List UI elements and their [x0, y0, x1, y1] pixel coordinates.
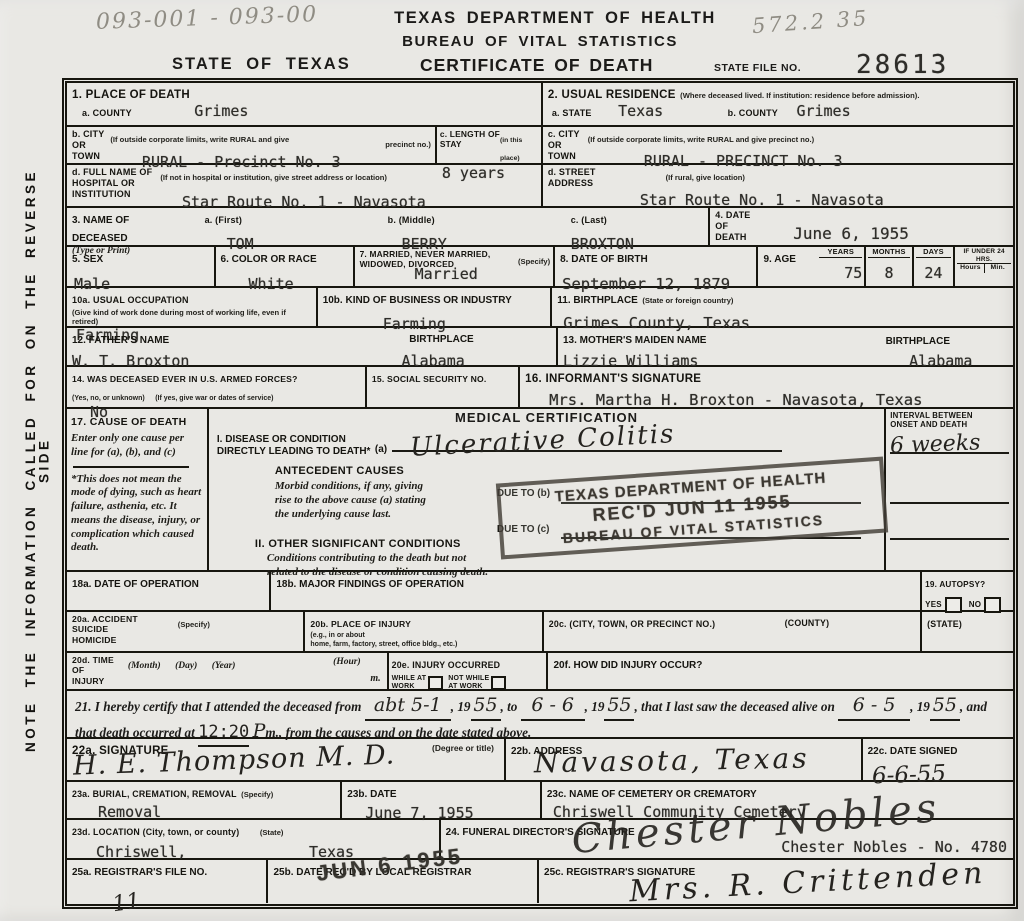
mother-label: 13. MOTHER'S MAIDEN NAME [563, 335, 707, 346]
mother-birthplace-label: BIRTHPLACE [886, 336, 950, 348]
field-place-of-injury: 20b. PLACE OF INJURY (e.g., in or about … [305, 612, 543, 651]
street-address-label: d. STREET ADDRESS [548, 167, 596, 189]
field-age: 9. AGE [758, 247, 817, 286]
field-physician-signature: 22a. SIGNATURE (Degree or title) H. E. T… [67, 739, 506, 780]
m-label: m. [370, 673, 380, 686]
burial-date-label: 23b. DATE [347, 789, 396, 800]
father-birthplace-label: BIRTHPLACE [409, 334, 473, 346]
residence-state-value: Texas [618, 102, 663, 120]
days-value: 24 [916, 266, 952, 282]
city-label: b. CITY OR TOWN [72, 129, 104, 161]
field-length-of-stay: c. LENGTH OF STAY (in this place) 8 year… [437, 127, 543, 163]
physician-address-value: Navasota, Texas [534, 745, 810, 778]
interval-blank-line [890, 504, 1009, 540]
field-informant: 16. INFORMANT'S SIGNATURE Mrs. Martha H.… [520, 367, 1013, 407]
certify-text-4: , 19 [585, 699, 605, 714]
informant-value: Mrs. Martha H. Broxton - Navasota, Texas [549, 392, 1008, 408]
certify-text-2: , 19 [451, 699, 471, 714]
pencil-code-left: 093-001 - 093-00 [96, 4, 319, 34]
date-of-death-value: June 6, 1955 [793, 226, 1008, 243]
field-autopsy: 19. AUTOPSY? YES NO [922, 572, 1013, 610]
name-label: 3. NAME OF DECEASED [72, 215, 129, 244]
field-injury-city: 20c. (CITY, TOWN, OR PRECINCT NO.) (COUN… [544, 612, 922, 651]
accident-label: 20a. ACCIDENT SUICIDE HOMICIDE [72, 614, 138, 645]
time-of-injury-label: 20d. TIME OF INJURY [72, 655, 114, 686]
interval-value: 6 weeks [890, 432, 981, 457]
field-sex: 5. SEX Male [67, 247, 216, 286]
not-while-at-work-checkbox [491, 676, 506, 690]
year-label: (Year) [212, 661, 236, 671]
row-10: 18a. DATE OF OPERATION 18b. MAJOR FINDIN… [67, 572, 1013, 612]
field-date-of-operation: 18a. DATE OF OPERATION [67, 572, 271, 610]
field-burial-type: 23a. BURIAL, CREMATION, REMOVAL (Specify… [67, 782, 342, 818]
occupation-label: 10a. USUAL OCCUPATION [72, 295, 189, 305]
accident-hint: (Specify) [178, 620, 210, 629]
not-while-at-work-label: NOT WHILE AT WORK [448, 675, 489, 692]
street-address-value: Star Route No. 1 - Navasota [640, 193, 1008, 209]
date-of-operation-label: 18a. DATE OF OPERATION [72, 579, 199, 590]
county-label: a. COUNTY [82, 108, 132, 118]
autopsy-no-label: NO [969, 600, 981, 610]
field-birthplace: 11. BIRTHPLACE (State or foreign country… [552, 288, 1013, 326]
days-label: DAYS [916, 248, 952, 258]
certificate-title: CERTIFICATE OF DEATH [420, 57, 653, 75]
certify-text-1: 21. I hereby certify that I attended the… [75, 699, 361, 714]
first-name-label: a. (First) [205, 215, 243, 225]
burial-hint: (Specify) [241, 790, 273, 799]
months-value: 8 [868, 266, 909, 282]
field-certification-statement: 21. I hereby certify that I attended the… [67, 691, 1013, 737]
street-address-hint: (If rural, give location) [666, 173, 745, 182]
row-16: 23d. LOCATION (City, town, or county) (S… [67, 820, 1013, 860]
disease-condition-label: I. DISEASE OR CONDITION DIRECTLY LEADING… [217, 434, 371, 457]
hour-label: (Hour) [333, 657, 360, 669]
city-hint2: precinct no.) [385, 140, 431, 149]
autopsy-label: 19. AUTOPSY? [925, 580, 985, 589]
certify-hw-year3: 55 [933, 694, 957, 716]
interval-label: INTERVAL BETWEEN ONSET AND DEATH [890, 411, 1009, 430]
morbid-conditions-note: Morbid conditions, if any, giving rise t… [275, 480, 426, 521]
age-label: 9. AGE [763, 254, 795, 265]
field-registrar-file-no: 25a. REGISTRAR'S FILE NO. 11 [67, 860, 268, 903]
divider [73, 466, 189, 468]
age-months-col: MONTHS 8 [866, 247, 913, 286]
injury-county-label: (COUNTY) [785, 618, 830, 629]
certify-hw-alive: 6 - 5 [853, 694, 896, 716]
certify-text-3: , to [501, 699, 518, 714]
middle-name-label: b. (Middle) [388, 215, 435, 225]
armed-forces-hint2: (If yes, give war or dates of service) [155, 395, 273, 402]
burial-location-state-label: (State) [260, 828, 284, 837]
race-label: 6. COLOR OR RACE [221, 254, 317, 265]
injury-state-label: (STATE) [927, 619, 962, 629]
field-date-received: 25b. DATE REC'D BY LOCAL REGISTRAR JUN 6… [268, 860, 539, 903]
certify-text-5: , that I last saw the deceased alive on [634, 699, 834, 714]
hours-label: Hours [957, 264, 984, 272]
place-of-injury-hint: (e.g., in or about home, farm, factory, … [310, 632, 536, 650]
autopsy-no-checkbox [984, 597, 1001, 613]
last-name-label: c. (Last) [571, 215, 607, 225]
date-of-death-label: 4. DATE OF DEATH [715, 210, 750, 242]
burial-city-value: Chriswell, [96, 845, 186, 861]
county-value: Grimes [194, 102, 248, 120]
row-11: 20a. ACCIDENT SUICIDE HOMICIDE (Specify)… [67, 612, 1013, 653]
age-days-col: DAYS 24 [914, 247, 956, 286]
reverse-side-note: NOTE THE INFORMATION CALLED FOR ON THE R… [24, 150, 51, 770]
length-of-stay-hint: (in this place) [500, 137, 522, 162]
usual-residence-title: 2. USUAL RESIDENCE [548, 89, 676, 101]
field-residence-city: c. CITY OR TOWN (If outside corporate li… [543, 127, 1013, 163]
usual-residence-hint: (Where deceased lived. If institution: r… [680, 91, 919, 100]
age-under24-col: IF UNDER 24 HRS. Hours Min. [955, 247, 1013, 286]
field-date-of-death: 4. DATE OF DEATH June 6, 1955 [710, 208, 1013, 245]
how-injury-label: 20f. HOW DID INJURY OCCUR? [553, 660, 702, 671]
burial-location-label: 23d. LOCATION (City, town, or county) [72, 827, 239, 837]
cause-a-value: Ulcerative Colitis [409, 421, 675, 461]
certify-text-6: , 19 [910, 699, 930, 714]
field-industry: 10b. KIND OF BUSINESS OR INDUSTRY Farmin… [318, 288, 553, 326]
certify-hw-from: abt 5-1 [374, 694, 442, 716]
city-hint: (If outside corporate limits, write RURA… [110, 135, 289, 144]
row-13: 21. I hereby certify that I attended the… [67, 691, 1013, 739]
field-name-of-deceased: 3. NAME OF DECEASED (Type or Print) a. (… [67, 208, 710, 245]
field-funeral-director: 24. FUNERAL DIRECTOR'S SIGNATURE Chester… [441, 820, 1013, 858]
marital-hint: (Specify) [518, 257, 550, 266]
place-of-death-title: 1. PLACE OF DEATH [72, 89, 190, 101]
field-city-of-death: b. CITY OR TOWN (If outside corporate li… [67, 127, 437, 163]
registrar-file-value: 11 [111, 874, 262, 917]
state-file-no-label: STATE FILE NO. [714, 63, 801, 74]
dept-title: TEXAS DEPARTMENT OF HEALTH [390, 10, 720, 27]
field-injury-state: (STATE) [922, 612, 1013, 651]
years-value: 75 [819, 266, 862, 282]
hospital-hint: (If not in hospital or institution, give… [160, 173, 387, 182]
residence-county-label: b. COUNTY [728, 108, 778, 118]
row-12: 20d. TIME OF INJURY (Month) (Day) (Year)… [67, 653, 1013, 691]
hospital-label: d. FULL NAME OF HOSPITAL OR INSTITUTION [72, 167, 152, 199]
pencil-code-right: 572.2 35 [751, 8, 870, 37]
registrar-file-label: 25a. REGISTRAR'S FILE NO. [72, 867, 207, 878]
field-how-injury-occurred: 20f. HOW DID INJURY OCCUR? [548, 653, 1012, 689]
row-4: 3. NAME OF DECEASED (Type or Print) a. (… [67, 208, 1013, 247]
cause-note-1: Enter only one cause per line for (a), (… [71, 432, 203, 460]
birthplace-hint: (State or foreign country) [642, 296, 733, 305]
date-signed-label: 22c. DATE SIGNED [868, 746, 958, 757]
residence-state-label: a. STATE [552, 108, 592, 118]
field-usual-residence: 2. USUAL RESIDENCE (Where deceased lived… [543, 83, 1013, 125]
residence-county-value: Grimes [796, 102, 850, 120]
autopsy-yes-checkbox [945, 597, 962, 613]
field-hospital-name: d. FULL NAME OF HOSPITAL OR INSTITUTION … [67, 165, 543, 206]
field-time-of-injury: 20d. TIME OF INJURY (Month) (Day) (Year)… [67, 653, 389, 689]
marital-value: Married [415, 267, 478, 283]
field-physician-address: 22b. ADDRESS Navasota, Texas [506, 739, 863, 780]
min-label: Min. [985, 264, 1011, 272]
medical-certification-title: MEDICAL CERTIFICATION [217, 411, 876, 424]
field-place-of-death: 1. PLACE OF DEATH a. COUNTY Grimes [67, 83, 543, 125]
cause-of-death-sidebar: 17. CAUSE OF DEATH Enter only one cause … [67, 409, 209, 570]
age-years-col: YEARS 75 [817, 247, 866, 286]
field-father-name: 12. FATHER'S NAME BIRTHPLACE W. T. Broxt… [67, 328, 558, 365]
years-label: YEARS [819, 248, 862, 258]
state-of-texas: STATE OF TEXAS [172, 56, 351, 73]
cause-note-2: *This does not mean the mode of dying, s… [71, 473, 203, 556]
interval-blank-line [890, 454, 1009, 504]
injury-city-label: 20c. (CITY, TOWN, OR PRECINCT NO.) [549, 619, 715, 629]
burial-label: 23a. BURIAL, CREMATION, REMOVAL [72, 789, 237, 799]
field-occupation: 10a. USUAL OCCUPATION (Give kind of work… [67, 288, 318, 326]
row-17: 25a. REGISTRAR'S FILE NO. 11 25b. DATE R… [67, 860, 1013, 903]
cemetery-label: 23c. NAME OF CEMETERY OR CREMATORY [547, 789, 757, 800]
field-street-address: d. STREET ADDRESS (If rural, give locati… [543, 165, 1013, 206]
while-at-work-checkbox [428, 676, 443, 690]
registrar-signature-value: Mrs. R. Crittenden [628, 859, 987, 908]
burial-value: Removal [98, 805, 335, 821]
row-7: 12. FATHER'S NAME BIRTHPLACE W. T. Broxt… [67, 328, 1013, 367]
certify-hw-to: 6 - 6 [531, 694, 574, 716]
field-ssn: 15. SOCIAL SECURITY NO. [367, 367, 520, 407]
certify-text-8: m., from the causes and on the date stat… [265, 725, 531, 740]
degree-or-title-hint: (Degree or title) [432, 743, 494, 754]
month-label: (Month) [128, 661, 161, 671]
interval-column: INTERVAL BETWEEN ONSET AND DEATH 6 weeks [886, 409, 1013, 570]
row-3: d. FULL NAME OF HOSPITAL OR INSTITUTION … [67, 165, 1013, 208]
certify-hw-year2: 55 [607, 694, 631, 716]
state-file-no-value: 28613 [856, 52, 949, 79]
certify-hw-year1: 55 [473, 694, 497, 716]
field-date-signed: 22c. DATE SIGNED 6-6-55 [863, 739, 1013, 780]
bureau-title: BUREAU OF VITAL STATISTICS [390, 34, 690, 49]
field-color-or-race: 6. COLOR OR RACE White [216, 247, 355, 286]
occupation-hint: (Give kind of work done during most of w… [72, 308, 301, 327]
armed-forces-hint1: (Yes, no, or unknown) [72, 395, 145, 402]
field-major-findings: 18b. MAJOR FINDINGS OF OPERATION [271, 572, 922, 610]
months-label: MONTHS [868, 248, 909, 258]
autopsy-yes-label: YES [925, 600, 942, 610]
residence-city-hint: (If outside corporate limits, write RURA… [588, 135, 814, 144]
field-accident-suicide-homicide: 20a. ACCIDENT SUICIDE HOMICIDE (Specify) [67, 612, 305, 651]
row-8: 14. WAS DECEASED EVER IN U.S. ARMED FORC… [67, 367, 1013, 409]
field-registrar-signature: 25c. REGISTRAR'S SIGNATURE Mrs. R. Critt… [539, 860, 1013, 903]
residence-city-label: c. CITY OR TOWN [548, 129, 580, 161]
funeral-director-typed: Chester Nobles - No. 4780 [781, 840, 1007, 856]
death-certificate-scan: 093-001 - 093-00 572.2 35 TEXAS DEPARTME… [0, 0, 1024, 921]
length-of-stay-label: c. LENGTH OF STAY [440, 129, 500, 149]
field-mother-name: 13. MOTHER'S MAIDEN NAME BIRTHPLACE Lizz… [558, 328, 1013, 365]
row-6: 10a. USUAL OCCUPATION (Give kind of work… [67, 288, 1013, 328]
dob-label: 8. DATE OF BIRTH [560, 254, 648, 265]
row-5: 5. SEX Male 6. COLOR OR RACE White 7. MA… [67, 247, 1013, 288]
field-marital-status: 7. MARRIED, NEVER MARRIED, WIDOWED, DIVO… [355, 247, 556, 286]
field-date-of-birth: 8. DATE OF BIRTH September 12, 1879 [555, 247, 758, 286]
birthplace-label: 11. BIRTHPLACE [557, 295, 638, 306]
informant-label: 16. INFORMANT'S SIGNATURE [525, 373, 701, 385]
father-label: 12. FATHER'S NAME [72, 335, 169, 346]
industry-label: 10b. KIND OF BUSINESS OR INDUSTRY [323, 295, 512, 306]
major-findings-label: 18b. MAJOR FINDINGS OF OPERATION [276, 579, 464, 590]
under24-label: IF UNDER 24 HRS. [957, 248, 1011, 264]
row-2: b. CITY OR TOWN (If outside corporate li… [67, 127, 1013, 165]
day-label: (Day) [175, 661, 197, 671]
while-at-work-label: WHILE AT WORK [392, 675, 427, 692]
ssn-label: 15. SOCIAL SECURITY NO. [372, 374, 487, 384]
row-1: 1. PLACE OF DEATH a. COUNTY Grimes 2. US… [67, 83, 1013, 127]
cause-of-death-label: 17. CAUSE OF DEATH [71, 416, 186, 428]
disease-a-tag: (a) [375, 444, 387, 455]
field-armed-forces: 14. WAS DECEASED EVER IN U.S. ARMED FORC… [67, 367, 367, 407]
field-burial-date: 23b. DATE June 7, 1955 [342, 782, 542, 818]
field-injury-occurred: 20e. INJURY OCCURRED WHILE AT WORK NOT W… [389, 653, 549, 689]
sex-label: 5. SEX [72, 254, 103, 265]
armed-forces-label: 14. WAS DECEASED EVER IN U.S. ARMED FORC… [72, 374, 298, 384]
injury-occurred-label: 20e. INJURY OCCURRED [392, 660, 501, 670]
place-of-injury-label: 20b. PLACE OF INJURY [310, 619, 411, 629]
row-14: 22a. SIGNATURE (Degree or title) H. E. T… [67, 739, 1013, 782]
